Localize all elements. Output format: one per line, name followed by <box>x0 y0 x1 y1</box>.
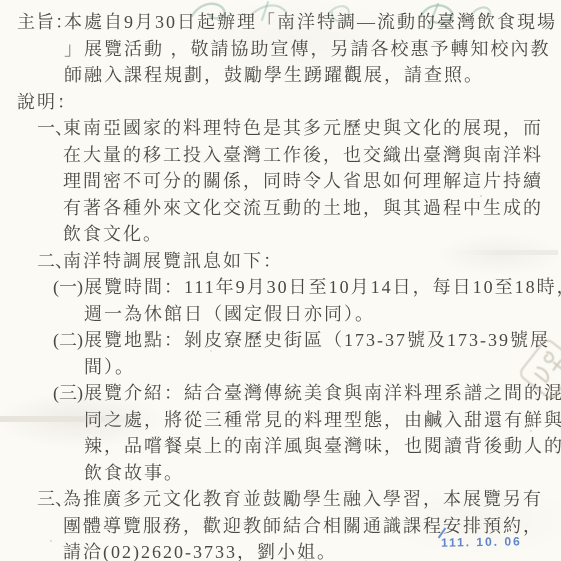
sub-item-2: (二) 展覽地點：剝皮寮歷史街區（173-37號及173-39號展間）。 <box>17 327 549 380</box>
text-line: 飲食文化。 <box>63 221 549 248</box>
scanned-official-letter: 主旨： 本處自9月30日起辦理「南洋特調—流動的臺灣飲食現場」展覽活動 ，敬請協… <box>0 0 561 561</box>
text-line: 師融入課程規劃，鼓勵學生踴躍觀展，請查照。 <box>64 62 549 89</box>
item-2-text: 南洋特調展覽訊息如下： <box>63 248 549 275</box>
list-item-2: 二、 南洋特調展覽訊息如下： <box>17 248 549 275</box>
sub-item-3-text: 展覽介紹：結合臺灣傳統美食與南洋料理系譜之間的混同之處，將從三種常見的料理型態，… <box>84 380 549 486</box>
sub-item-1: (一) 展覽時間：111年9月30日至10月14日，每日10至18時，週一為休館… <box>17 274 549 327</box>
text-line: 理間密不可分的關係，同時令人省思如何理解這片持續 <box>63 168 549 195</box>
received-date-stamp: 111. 10. 06 <box>441 534 522 549</box>
sub-item-3: (三) 展覽介紹：結合臺灣傳統美食與南洋料理系譜之間的混同之處，將從三種常見的料… <box>17 380 549 486</box>
text-line: 飲食故事。 <box>84 460 549 487</box>
text-line: 週一為休館日（國定假日亦同）。 <box>84 301 549 328</box>
text-line: 有著各種外來文化交流互動的土地，與其過程中生成的 <box>63 195 549 222</box>
text-line: 為推廣多元文化教育並鼓勵學生融入學習，本展覽另有 <box>63 486 549 513</box>
sub-item-3-number: (三) <box>53 380 83 407</box>
subject-section: 主旨： 本處自9月30日起辦理「南洋特調—流動的臺灣飲食現場」展覽活動 ，敬請協… <box>17 9 549 89</box>
text-line: 辣，品嚐餐桌上的南洋風與臺灣味，也閱讀背後動人的 <box>84 433 549 460</box>
text-line: 展覽時間：111年9月30日至10月14日，每日10至18時， <box>84 274 549 301</box>
text-line: 展覽介紹：結合臺灣傳統美食與南洋料理系譜之間的混 <box>84 380 549 407</box>
text-line: 南洋特調展覽訊息如下： <box>63 248 549 275</box>
item-2-number: 二、 <box>37 248 73 275</box>
text-line: 同之處，將從三種常見的料理型態，由鹹入甜還有鮮與 <box>84 407 549 434</box>
item-1-text: 東南亞國家的料理特色是其多元歷史與文化的展現，而在大量的移工投入臺灣工作後，也交… <box>63 115 549 248</box>
list-item-3: 三、 為推廣多元文化教育並鼓勵學生融入學習，本展覽另有團體導覽服務，歡迎教師結合… <box>17 486 549 561</box>
text-line: 東南亞國家的料理特色是其多元歷史與文化的展現，而 <box>63 115 549 142</box>
subject-text: 本處自9月30日起辦理「南洋特調—流動的臺灣飲食現場」展覽活動 ，敬請協助宣傳，… <box>64 9 549 89</box>
subject-label: 主旨： <box>17 9 74 36</box>
item-1-number: 一、 <box>37 115 73 142</box>
text-line: 間）。 <box>84 354 549 381</box>
explanation-label: 說明： <box>17 89 549 116</box>
sub-item-2-text: 展覽地點：剝皮寮歷史街區（173-37號及173-39號展間）。 <box>84 327 549 380</box>
text-line: 本處自9月30日起辦理「南洋特調—流動的臺灣飲食現場 <box>64 9 549 36</box>
text-line: 在大量的移工投入臺灣工作後，也交織出臺灣與南洋料 <box>63 142 549 169</box>
sub-item-1-number: (一) <box>53 274 83 301</box>
item-3-text: 為推廣多元文化教育並鼓勵學生融入學習，本展覽另有團體導覽服務，歡迎教師結合相關通… <box>63 486 549 561</box>
sub-item-2-number: (二) <box>53 327 83 354</box>
item-3-number: 三、 <box>37 486 73 513</box>
list-item-1: 一、 東南亞國家的料理特色是其多元歷史與文化的展現，而在大量的移工投入臺灣工作後… <box>17 115 549 248</box>
text-line: 展覽地點：剝皮寮歷史街區（173-37號及173-39號展 <box>84 327 549 354</box>
text-line: 」展覽活動 ，敬請協助宣傳，另請各校惠予轉知校內教 <box>64 36 549 63</box>
sub-item-1-text: 展覽時間：111年9月30日至10月14日，每日10至18時，週一為休館日（國定… <box>84 274 549 327</box>
